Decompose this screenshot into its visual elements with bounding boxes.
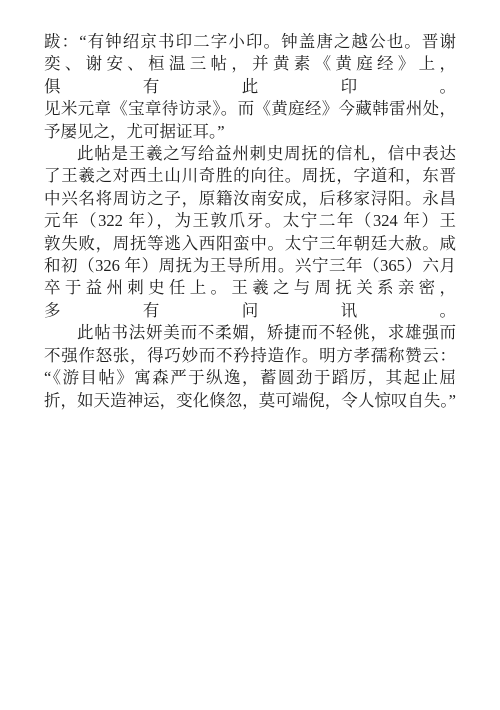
paragraph-calligraphy-praise: 此帖书法妍美而不柔媚，矫捷而不轻佻，求雄强而 不强作怒张，得巧妙而不矜持造作。明…: [44, 322, 456, 412]
text-line: 见米元章《宝章待访录》。而《黄庭经》今藏韩雷州处，: [44, 98, 456, 120]
paragraph-letter-background: 此帖是王羲之写给益州刺史周抚的信札，信中表达 了王羲之对西土山川奇胜的向往。周抚…: [44, 143, 456, 322]
text-line: “《游目帖》寓森严于纵逸，蓄圆劲于蹈厉，其起止屈: [44, 367, 456, 389]
text-line: 敦失败，周抚等逃入西阳蛮中。太宁三年朝廷大赦。咸: [44, 233, 456, 255]
text-line: 跋：“有钟绍京书印二字小印。钟盖唐之越公也。晋谢: [44, 31, 456, 53]
text-line: 中兴名将周访之子，原籍汝南安成，后移家浔阳。永昌: [44, 188, 456, 210]
text-line: 不强作怒张，得巧妙而不矜持造作。明方孝孺称赞云：: [44, 345, 456, 367]
text-line: 折，如天造神运，变化倏忽，莫可端倪，令人惊叹自失。”: [44, 390, 456, 412]
text-line: 了王羲之对西土山川奇胜的向往。周抚，字道和，东晋: [44, 165, 456, 187]
text-line: 元年（322 年），为王敦爪牙。太宁二年（324 年）王: [44, 210, 456, 232]
text-line: 奕、谢安、桓温三帖，并黄素《黄庭经》上，俱有此印。: [44, 53, 456, 98]
paragraph-colophon-quote: 跋：“有钟绍京书印二字小印。钟盖唐之越公也。晋谢 奕、谢安、桓温三帖，并黄素《黄…: [44, 31, 456, 143]
text-line: 予屡见之，尤可据证耳。”: [44, 121, 456, 143]
document-page: 跋：“有钟绍京书印二字小印。钟盖唐之越公也。晋谢 奕、谢安、桓温三帖，并黄素《黄…: [0, 0, 500, 710]
text-line: 卒于益州刺史任上。王羲之与周抚关系亲密，多有问讯。: [44, 277, 456, 322]
text-line: 此帖书法妍美而不柔媚，矫捷而不轻佻，求雄强而: [44, 322, 456, 344]
text-line: 此帖是王羲之写给益州刺史周抚的信札，信中表达: [44, 143, 456, 165]
text-line: 和初（326 年）周抚为王导所用。兴宁三年（365）六月: [44, 255, 456, 277]
